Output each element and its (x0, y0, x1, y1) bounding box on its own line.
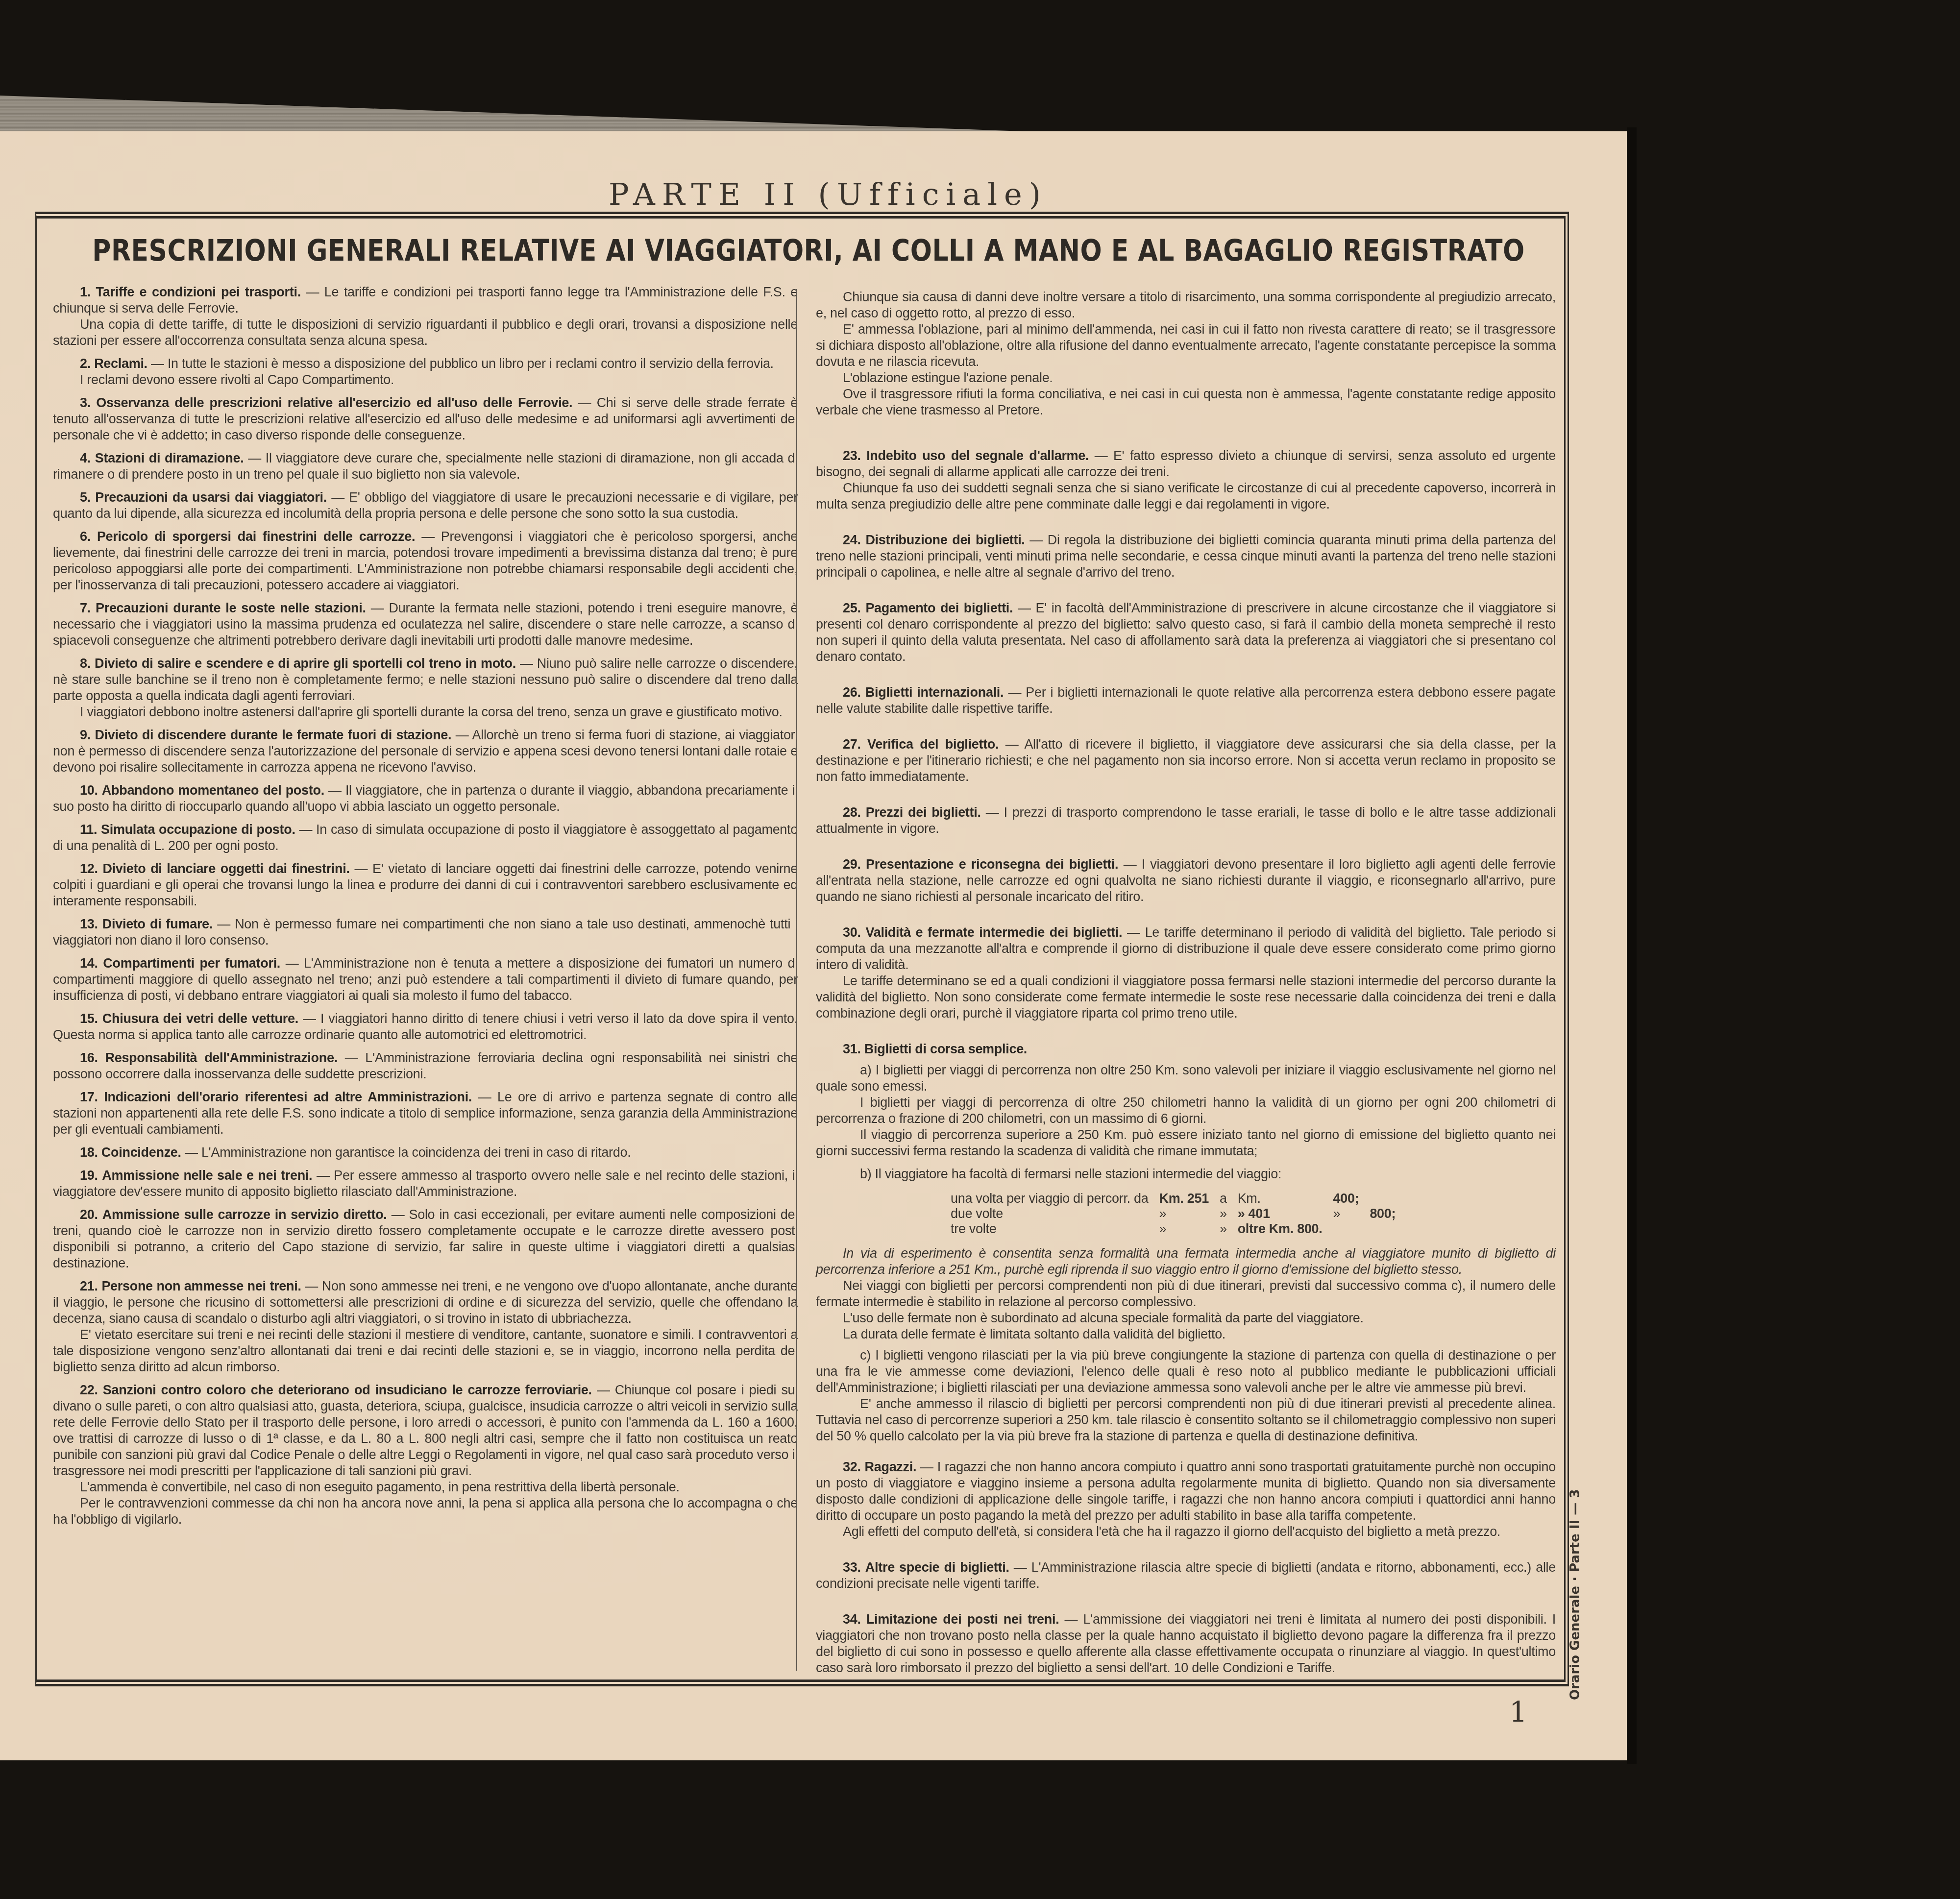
article-number: 3. (80, 395, 91, 410)
stops-cell: Km. (1238, 1191, 1333, 1206)
article-14: 14. Compartimenti per fumatori. — L'Ammi… (53, 955, 798, 1004)
article-2: 2. Reclami. — In tutte le stazioni è mes… (53, 356, 798, 388)
article-number: 16. (80, 1050, 98, 1065)
article-number: 18. (80, 1145, 98, 1160)
stops-cell: » 401 (1238, 1206, 1333, 1221)
article-title: Divieto di salire e scendere e di aprire… (95, 656, 516, 671)
article-number: 10. (80, 783, 98, 798)
article-title: Pagamento dei biglietti. (865, 601, 1013, 615)
paragraph: La durata delle fermate è limitata solta… (816, 1326, 1556, 1342)
intermediate-stops-table: una volta per viaggio di percorr. daKm. … (951, 1191, 1406, 1237)
article-title: Ammissione sulle carrozze in servizio di… (102, 1207, 387, 1222)
article-number: 4. (80, 451, 91, 465)
stops-row: una volta per viaggio di percorr. daKm. … (951, 1191, 1406, 1206)
article-number: 28. (843, 805, 861, 820)
article-29: 29. Presentazione e riconsegna dei bigli… (816, 856, 1556, 905)
article-number: 15. (80, 1011, 98, 1026)
article-23: 23. Indebito uso del segnale d'allarme. … (816, 448, 1556, 512)
article-title: Validità e fermate intermedie dei biglie… (866, 925, 1123, 940)
article-32: 32. Ragazzi. — I ragazzi che non hanno a… (816, 1459, 1556, 1540)
article-paragraph: Le tariffe determinano se ed a quali con… (816, 973, 1556, 1022)
article-30: 30. Validità e fermate intermedie dei bi… (816, 925, 1556, 1022)
page-number: 1 (1509, 1695, 1527, 1729)
article-3: 3. Osservanza delle prescrizioni relativ… (53, 395, 798, 443)
stops-cell: 400; (1333, 1191, 1370, 1206)
paragraph: L'uso delle fermate non è subordinato ad… (816, 1310, 1556, 1326)
article-title: Tariffe e condizioni pei trasporti. (96, 285, 301, 299)
stops-cell: Km. 251 (1159, 1191, 1219, 1206)
stops-cell: 800; (1370, 1206, 1406, 1221)
article-24: 24. Distribuzione dei biglietti. — Di re… (816, 532, 1556, 581)
side-running-label: Orario Generale · Parte II — 3 (1568, 1489, 1583, 1700)
article-title: Compartimenti per fumatori. (103, 956, 280, 971)
article-paragraph: I reclami devono essere rivolti al Capo … (53, 372, 798, 388)
article-number: 21. (80, 1279, 98, 1293)
article-11: 11. Simulata occupazione di posto. — In … (53, 822, 798, 854)
right-column: Chiunque sia causa di danni deve inoltre… (816, 289, 1556, 1696)
article-paragraph: E' vietato esercitare sui treni e nei re… (53, 1327, 798, 1375)
article-title: Verifica del biglietto. (867, 737, 999, 752)
article-text: — L'Amministrazione non garantisce la co… (185, 1145, 631, 1160)
article-number: 9. (80, 728, 91, 742)
article-number: 13. (80, 917, 98, 931)
paragraph: I biglietti per viaggi di percorrenza di… (816, 1095, 1556, 1127)
stops-cell: » (1333, 1206, 1370, 1221)
stops-cell: due volte (951, 1206, 1159, 1221)
article-8: 8. Divieto di salire e scendere e di apr… (53, 656, 798, 720)
article-title: Responsabilità dell'Amministrazione. (105, 1050, 337, 1065)
article-paragraph: Una copia di dette tariffe, di tutte le … (53, 316, 798, 349)
article-paragraph: L'ammenda è convertibile, nel caso di no… (53, 1479, 798, 1495)
article-title: Biglietti di corsa semplice. (864, 1042, 1027, 1056)
section-title: PARTE II (Ufficiale) (559, 176, 1098, 212)
article-13: 13. Divieto di fumare. — Non è permesso … (53, 916, 798, 949)
article-number: 1. (80, 285, 91, 299)
article-title: Limitazione dei posti nei treni. (866, 1612, 1059, 1627)
article-title: Divieto di fumare. (102, 917, 213, 931)
article-17: 17. Indicazioni dell'orario riferentesi … (53, 1089, 798, 1138)
article-number: 12. (80, 861, 98, 876)
article-title: Divieto di lanciare oggetti dai finestri… (102, 861, 349, 876)
article-number: 14. (80, 956, 98, 971)
article-12: 12. Divieto di lanciare oggetti dai fine… (53, 861, 798, 909)
article-number: 24. (843, 533, 861, 547)
article-title: Simulata occupazione di posto. (101, 822, 295, 837)
article-title: Chiusura dei vetri delle vetture. (102, 1011, 298, 1026)
paragraph: E' ammessa l'oblazione, pari al minimo d… (816, 321, 1556, 370)
article-title: Altre specie di biglietti. (865, 1560, 1009, 1575)
article-number: 2. (80, 356, 91, 371)
article-7: 7. Precauzioni durante le soste nelle st… (53, 600, 798, 649)
article-15: 15. Chiusura dei vetri delle vetture. — … (53, 1011, 798, 1043)
article-27: 27. Verifica del biglietto. — All'atto d… (816, 736, 1556, 785)
article-title: Persone non ammesse nei treni. (101, 1279, 301, 1293)
article-title: Sanzioni contro coloro che deteriorano o… (103, 1383, 592, 1397)
article-title: Biglietti internazionali. (865, 685, 1004, 700)
article-number: 19. (80, 1168, 98, 1183)
article-paragraph: I viaggiatori debbono inoltre astenersi … (53, 704, 798, 720)
article-16: 16. Responsabilità dell'Amministrazione.… (53, 1050, 798, 1082)
article-number: 25. (843, 601, 861, 615)
article-title: Presentazione e riconsegna dei biglietti… (866, 857, 1118, 872)
stops-row: due volte»»» 401»800; (951, 1206, 1406, 1221)
article-number: 5. (80, 490, 91, 505)
article-number: 34. (843, 1612, 861, 1627)
article-title: Abbandono momentaneo del posto. (102, 783, 324, 798)
left-column: 1. Tariffe e condizioni pei trasporti. —… (53, 284, 798, 1534)
article-18: 18. Coincidenze. — L'Amministrazione non… (53, 1144, 798, 1161)
article-title: Precauzioni durante le soste nelle stazi… (96, 601, 366, 615)
paragraph: a) I biglietti per viaggi di percorrenza… (816, 1062, 1556, 1095)
article-text: — In tutte le stazioni è messo a disposi… (151, 356, 774, 371)
article-21: 21. Persone non ammesse nei treni. — Non… (53, 1278, 798, 1375)
page-spine-shadow (1627, 127, 1637, 1764)
article-10: 10. Abbandono momentaneo del posto. — Il… (53, 782, 798, 815)
article-28: 28. Prezzi dei biglietti. — I prezzi di … (816, 804, 1556, 837)
stops-cell: a (1220, 1191, 1238, 1206)
article-title: Indicazioni dell'orario riferentesi ad a… (104, 1090, 472, 1104)
article-number: 11. (80, 822, 97, 837)
article-number: 30. (843, 925, 861, 940)
column-divider (796, 289, 797, 1671)
art31-b-intro: b) Il viaggiatore ha facoltà di fermarsi… (816, 1166, 1556, 1182)
article-title: Ammissione nelle sale e nei treni. (102, 1168, 312, 1183)
article-number: 20. (80, 1207, 98, 1222)
article-number: 32. (843, 1460, 861, 1474)
article-33: 33. Altre specie di biglietti. — L'Ammin… (816, 1559, 1556, 1592)
article-6: 6. Pericolo di sporgersi dai finestrini … (53, 529, 798, 593)
paragraph: Il viaggio di percorrenza superiore a 25… (816, 1127, 1556, 1159)
article-9: 9. Divieto di discendere durante le ferm… (53, 727, 798, 776)
article-34: 34. Limitazione dei posti nei treni. — L… (816, 1611, 1556, 1676)
article-number: 23. (843, 448, 861, 463)
art31-italic-note: In via di esperimento è consentita senza… (816, 1245, 1556, 1278)
article-title: Reclami. (94, 356, 147, 371)
stops-row: tre volte»»oltre Km. 800. (951, 1221, 1406, 1237)
article-number: 7. (80, 601, 91, 615)
stops-cell: una volta per viaggio di percorr. da (951, 1191, 1159, 1206)
article-20: 20. Ammissione sulle carrozze in servizi… (53, 1207, 798, 1271)
main-heading: PRESCRIZIONI GENERALI RELATIVE AI VIAGGI… (73, 234, 1543, 268)
article-title: Precauzioni da usarsi dai viaggiatori. (95, 490, 327, 505)
article-title: Coincidenze. (101, 1145, 181, 1160)
stops-cell: » (1220, 1206, 1238, 1221)
article-title: Pericolo di sporgersi dai finestrini del… (97, 529, 415, 544)
article-title: Divieto di discendere durante le fermate… (95, 728, 451, 742)
stops-cell: oltre Km. 800. (1238, 1221, 1333, 1237)
stops-cell: » (1159, 1206, 1219, 1221)
article-26: 26. Biglietti internazionali. — Per i bi… (816, 684, 1556, 717)
stops-cell: » (1159, 1221, 1219, 1237)
paragraph: c) I biglietti vengono rilasciati per la… (816, 1347, 1556, 1396)
article-title: Stazioni di diramazione. (95, 451, 244, 465)
article-number: 31. (843, 1042, 861, 1056)
article-19: 19. Ammissione nelle sale e nei treni. —… (53, 1168, 798, 1200)
paragraph: Ove il trasgressore rifiuti la forma con… (816, 386, 1556, 418)
article-title: Distribuzione dei biglietti. (865, 533, 1025, 547)
article-number: 27. (843, 737, 861, 752)
article-title: Osservanza delle prescrizioni relative a… (96, 395, 572, 410)
article-paragraph: Chiunque fa uso dei suddetti segnali sen… (816, 480, 1556, 512)
article-5: 5. Precauzioni da usarsi dai viaggiatori… (53, 489, 798, 522)
paragraph: Nei viaggi con biglietti per percorsi co… (816, 1278, 1556, 1310)
article-title: Ragazzi. (865, 1460, 917, 1474)
article-number: 22. (80, 1383, 98, 1397)
article-31: 31. Biglietti di corsa semplice. a) I bi… (816, 1041, 1556, 1444)
stops-cell: tre volte (951, 1221, 1159, 1237)
article-paragraph: Per le contravvenzioni commesse da chi n… (53, 1495, 798, 1528)
article-4: 4. Stazioni di diramazione. — Il viaggia… (53, 450, 798, 483)
article-25: 25. Pagamento dei biglietti. — E' in fac… (816, 600, 1556, 665)
stops-cell: » (1220, 1221, 1238, 1237)
article-number: 26. (843, 685, 861, 700)
article-number: 8. (80, 656, 91, 671)
article-text: — I ragazzi che non hanno ancora compiut… (816, 1460, 1556, 1523)
article-1: 1. Tariffe e condizioni pei trasporti. —… (53, 284, 798, 349)
article-number: 29. (843, 857, 861, 872)
article-number: 17. (80, 1090, 98, 1104)
article-title: Prezzi dei biglietti. (866, 805, 981, 820)
paragraph: L'oblazione estingue l'azione penale. (816, 370, 1556, 386)
paragraph: E' anche ammesso il rilascio di bigliett… (816, 1396, 1556, 1444)
article-title: Indebito uso del segnale d'allarme. (866, 448, 1089, 463)
art22-continuation: Chiunque sia causa di danni deve inoltre… (816, 289, 1556, 418)
article-22: 22. Sanzioni contro coloro che deteriora… (53, 1382, 798, 1528)
paragraph: Chiunque sia causa di danni deve inoltre… (816, 289, 1556, 321)
article-number: 6. (80, 529, 91, 544)
article-number: 33. (843, 1560, 861, 1575)
article-paragraph: Agli effetti del computo dell'età, si co… (816, 1524, 1556, 1540)
